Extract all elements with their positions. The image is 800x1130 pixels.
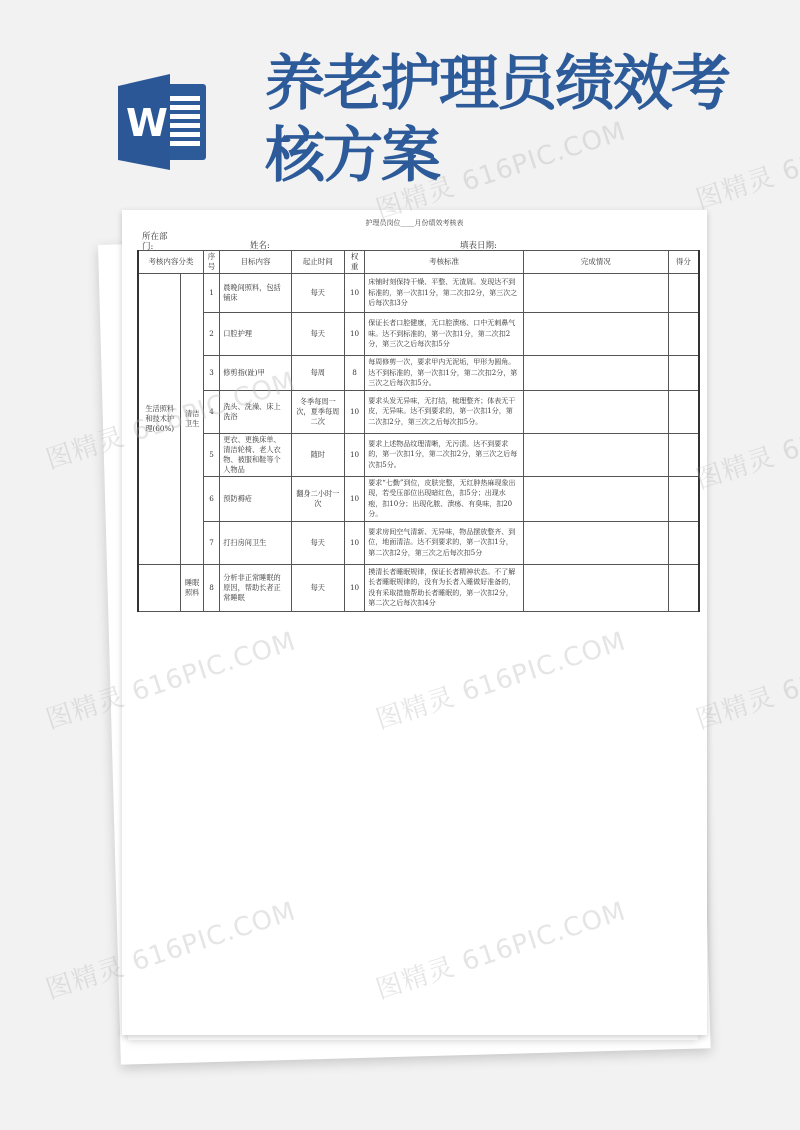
document-title: 养老护理员绩效考核方案 xyxy=(265,48,735,192)
row-no: 1 xyxy=(203,274,219,313)
row-time: 每天 xyxy=(291,564,344,611)
svg-text:W: W xyxy=(126,101,168,145)
header-score: 得分 xyxy=(668,251,699,274)
row-time: 翻身二小时一次 xyxy=(291,476,344,521)
row-time: 每天 xyxy=(291,521,344,564)
row-time: 冬季每周一次，夏季每周二次 xyxy=(291,390,344,433)
watermark: 图精灵 616PIC.COM xyxy=(691,381,800,497)
row-status-cell[interactable] xyxy=(523,476,668,521)
row-weight: 10 xyxy=(344,433,364,476)
row-no: 5 xyxy=(203,433,219,476)
row-target: 口腔护理 xyxy=(220,313,292,356)
row-weight: 8 xyxy=(344,356,364,391)
table-row: 5 更衣、更换床单、清洁轮椅、老人衣物、被服和鞋等个人物品 随时 10 要求上述… xyxy=(138,433,699,476)
row-status-cell[interactable] xyxy=(523,521,668,564)
row-status-cell[interactable] xyxy=(523,274,668,313)
row-standard: 摸清长者睡眠规律，保证长者精神状态。不了解长者睡眠规律的，没有为长者入睡做好准备… xyxy=(365,564,523,611)
row-no: 6 xyxy=(203,476,219,521)
table-row: 2 口腔护理 每天 10 保证长者口腔健康，无口腔溃疡、口中无刺鼻气味。达不到标… xyxy=(138,313,699,356)
row-score-cell[interactable] xyxy=(668,356,699,391)
header-standard: 考核标准 xyxy=(365,251,523,274)
row-score-cell[interactable] xyxy=(668,564,699,611)
row-standard: 要求房间空气清新、无异味，物品摆放整齐、到位，地面清洁。达不到要求的，第一次扣1… xyxy=(365,521,523,564)
row-score-cell[interactable] xyxy=(668,313,699,356)
row-standard: 每周修剪一次，要求甲内无泥垢，甲形为圆角。达不到标准的，第一次扣1分，第二次扣2… xyxy=(365,356,523,391)
row-score-cell[interactable] xyxy=(668,274,699,313)
row-target: 更衣、更换床单、清洁轮椅、老人衣物、被服和鞋等个人物品 xyxy=(220,433,292,476)
row-weight: 10 xyxy=(344,313,364,356)
row-weight: 10 xyxy=(344,521,364,564)
document-page: 护理员岗位____月份绩效考核表 所在部门: 姓名: 填表日期: 考核内容分类 … xyxy=(122,210,707,1035)
row-standard: 保证长者口腔健康，无口腔溃疡、口中无刺鼻气味。达不到标准的，第一次扣1分，第二次… xyxy=(365,313,523,356)
category-main-cell: 生活照料和技术护理(60%) xyxy=(138,274,181,565)
row-weight: 10 xyxy=(344,274,364,313)
row-time: 每天 xyxy=(291,274,344,313)
row-time: 每周 xyxy=(291,356,344,391)
row-no: 4 xyxy=(203,390,219,433)
row-target: 晨晚间照料，包括铺床 xyxy=(220,274,292,313)
table-row: 4 洗头、洗澡、床上洗浴 冬季每周一次，夏季每周二次 10 要求头发无异味，无打… xyxy=(138,390,699,433)
row-weight: 10 xyxy=(344,564,364,611)
row-time: 随时 xyxy=(291,433,344,476)
row-target: 预防褥疮 xyxy=(220,476,292,521)
evaluation-table: 考核内容分类 序号 目标内容 起止时间 权重 考核标准 完成情况 得分 生活照料… xyxy=(137,250,700,612)
department-label: 所在部门: xyxy=(142,232,172,252)
table-row: 3 修剪指(趾)甲 每周 8 每周修剪一次，要求甲内无泥垢，甲形为圆角。达不到标… xyxy=(138,356,699,391)
row-status-cell[interactable] xyxy=(523,433,668,476)
header-no: 序号 xyxy=(203,251,219,274)
row-standard: 要求上述物品纹理清晰，无污渍。达不到要求的，第一次扣1分，第二次扣2分，第三次之… xyxy=(365,433,523,476)
row-time: 每天 xyxy=(291,313,344,356)
row-score-cell[interactable] xyxy=(668,433,699,476)
row-score-cell[interactable] xyxy=(668,521,699,564)
row-standard: 要求头发无异味，无打结，梳理整齐；体表无干皮，无异味。达不到要求的，第一次扣1分… xyxy=(365,390,523,433)
row-target: 打扫房间卫生 xyxy=(220,521,292,564)
row-status-cell[interactable] xyxy=(523,564,668,611)
row-score-cell[interactable] xyxy=(668,476,699,521)
sheet-caption: 护理员岗位____月份绩效考核表 xyxy=(122,218,707,228)
row-target: 修剪指(趾)甲 xyxy=(220,356,292,391)
row-no: 3 xyxy=(203,356,219,391)
row-no: 8 xyxy=(203,564,219,611)
header-status: 完成情况 xyxy=(523,251,668,274)
table-row: 生活照料和技术护理(60%) 清洁卫生 1 晨晚间照料，包括铺床 每天 10 床… xyxy=(138,274,699,313)
row-weight: 10 xyxy=(344,390,364,433)
row-standard: 要求“七勤”到位，皮肤完整，无红肿热麻现象出现，若受压部位出现暗红色，扣5分；出… xyxy=(365,476,523,521)
table-row: 6 预防褥疮 翻身二小时一次 10 要求“七勤”到位，皮肤完整，无红肿热麻现象出… xyxy=(138,476,699,521)
row-status-cell[interactable] xyxy=(523,356,668,391)
row-target: 分析非正常睡眠的原因，帮助长者正常睡眠 xyxy=(220,564,292,611)
row-standard: 床铺时刻保持干燥、平整、无渣屑。发现达不到标准的，第一次扣1分，第二次扣2分，第… xyxy=(365,274,523,313)
row-target: 洗头、洗澡、床上洗浴 xyxy=(220,390,292,433)
header-category: 考核内容分类 xyxy=(138,251,203,274)
row-score-cell[interactable] xyxy=(668,390,699,433)
subcategory-sleep-cell: 睡眠照料 xyxy=(181,564,203,611)
row-weight: 10 xyxy=(344,476,364,521)
word-icon: W xyxy=(110,72,210,172)
watermark: 图精灵 616PIC.COM xyxy=(691,621,800,737)
row-status-cell[interactable] xyxy=(523,390,668,433)
category-continued-cell xyxy=(138,564,181,611)
header-time: 起止时间 xyxy=(291,251,344,274)
row-no: 2 xyxy=(203,313,219,356)
row-status-cell[interactable] xyxy=(523,313,668,356)
table-row: 睡眠照料 8 分析非正常睡眠的原因，帮助长者正常睡眠 每天 10 摸清长者睡眠规… xyxy=(138,564,699,611)
subcategory-clean-cell: 清洁卫生 xyxy=(181,274,203,565)
header-weight: 权重 xyxy=(344,251,364,274)
header-target: 目标内容 xyxy=(220,251,292,274)
table-row: 7 打扫房间卫生 每天 10 要求房间空气清新、无异味，物品摆放整齐、到位，地面… xyxy=(138,521,699,564)
row-no: 7 xyxy=(203,521,219,564)
table-header-row: 考核内容分类 序号 目标内容 起止时间 权重 考核标准 完成情况 得分 xyxy=(138,251,699,274)
